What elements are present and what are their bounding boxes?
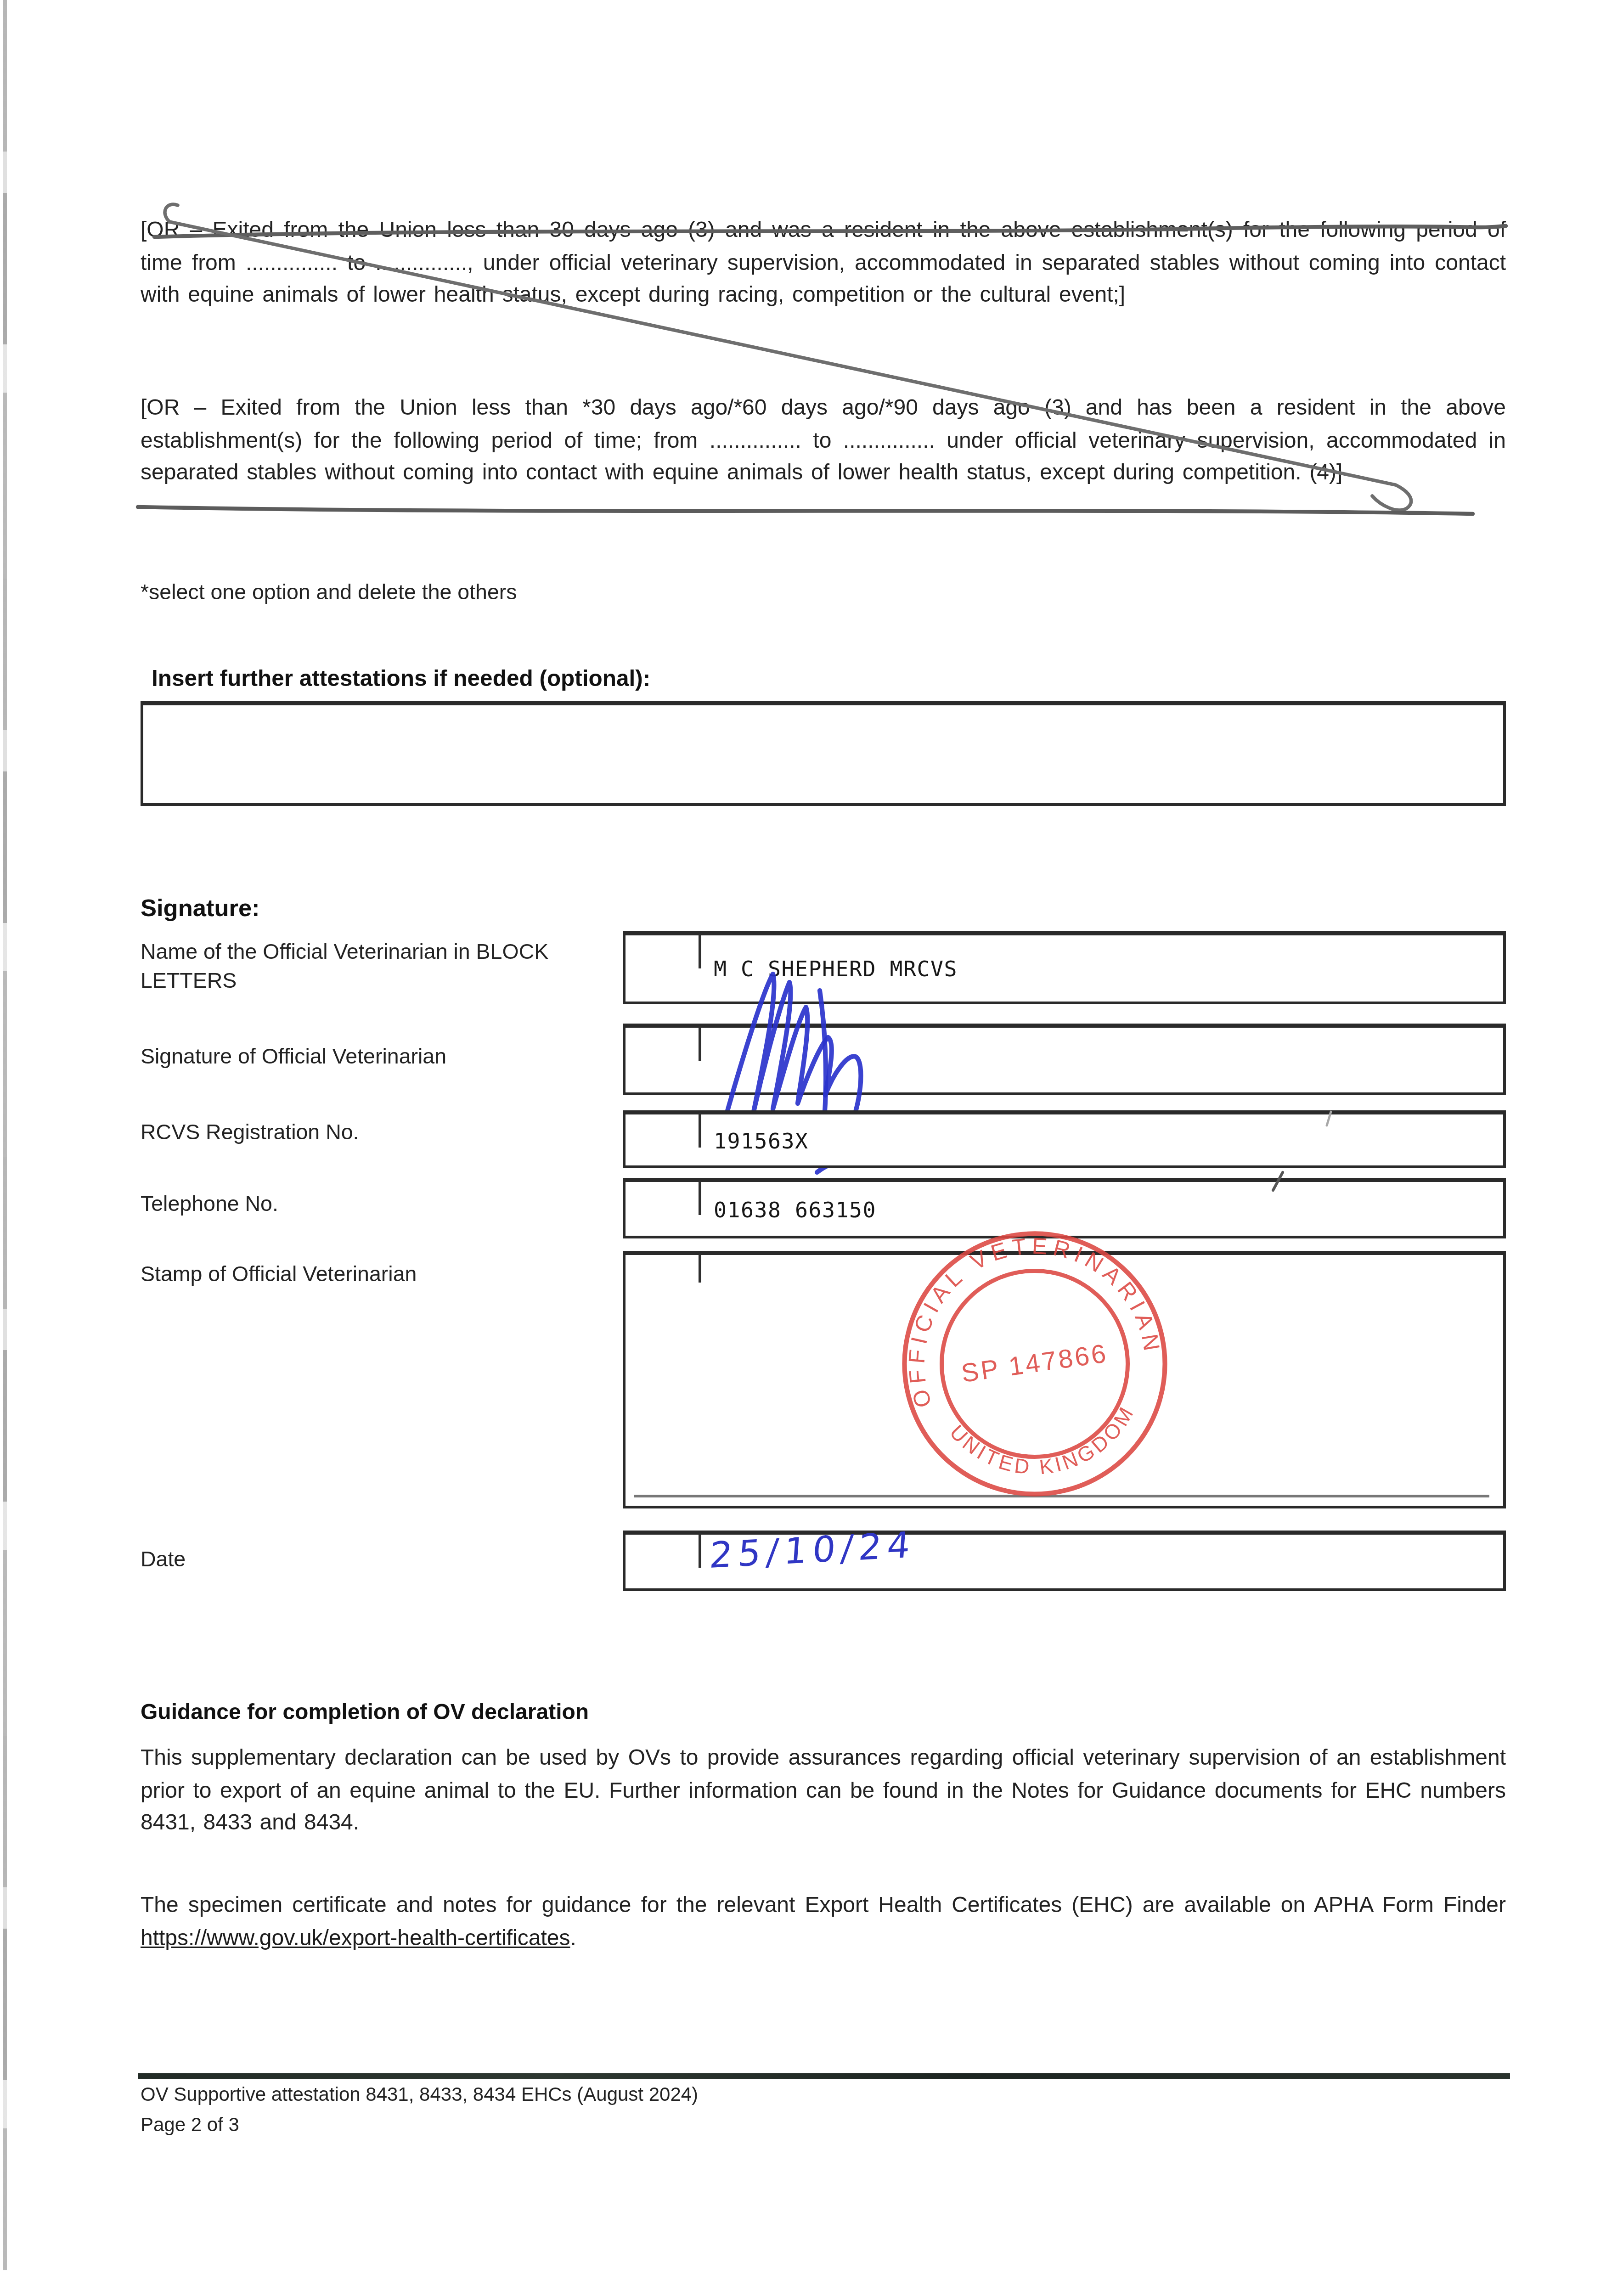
stamp-arc-bottom-text: UNITED KINGDOM: [943, 1399, 1145, 1488]
tick-mark: [699, 1533, 701, 1568]
footer-document-title: OV Supportive attestation 8431, 8433, 84…: [141, 2083, 698, 2105]
telephone-value: 01638 663150: [714, 1198, 876, 1222]
attestations-heading: Insert further attestations if needed (o…: [152, 667, 650, 693]
option2-paragraph: [OR – Exited from the Union less than *3…: [141, 393, 1506, 490]
date-label: Date: [141, 1546, 595, 1575]
option1-paragraph: [OR – Exited from the Union less than 30…: [141, 215, 1506, 312]
select-option-note: *select one option and delete the others: [141, 581, 517, 606]
stamp-code-text: SP 147866: [959, 1339, 1110, 1388]
attestations-box: [141, 701, 1506, 806]
rcvs-label: RCVS Registration No.: [141, 1119, 595, 1148]
rcvs-box: 191563X: [623, 1110, 1506, 1168]
footer-rule: [138, 2073, 1510, 2079]
name-label: Name of the Official Veterinarian in BLO…: [141, 938, 595, 996]
signature-heading: Signature:: [141, 894, 260, 923]
date-handwritten-value: 25/10/24: [708, 1525, 917, 1577]
scanner-edge-artifact: [3, 0, 7, 2270]
official-veterinarian-stamp: OFFICIAL VETERINARIAN UNITED KINGDOM SP …: [890, 1219, 1179, 1508]
footer-page-number: Page 2 of 3: [141, 2113, 239, 2135]
stamp-label: Stamp of Official Veterinarian: [141, 1261, 595, 1289]
tick-mark: [699, 1113, 701, 1148]
scanned-document-page: [OR – Exited from the Union less than 30…: [0, 0, 1623, 2296]
signature-label: Signature of Official Veterinarian: [141, 1043, 637, 1072]
export-health-certificates-link[interactable]: https://www.gov.uk/export-health-certifi…: [141, 1927, 570, 1950]
guidance-heading: Guidance for completion of OV declaratio…: [141, 1701, 589, 1726]
specimen-paragraph: The specimen certificate and notes for g…: [141, 1890, 1506, 1955]
strike-line-option2: [138, 507, 1473, 514]
rcvs-value: 191563X: [714, 1129, 808, 1154]
guidance-body: This supplementary declaration can be us…: [141, 1743, 1506, 1840]
tick-mark: [699, 1181, 701, 1215]
specimen-text: The specimen certificate and notes for g…: [141, 1894, 1506, 1918]
svg-text:UNITED KINGDOM: UNITED KINGDOM: [943, 1399, 1145, 1488]
tick-mark: [699, 1254, 701, 1283]
specimen-text-after: .: [570, 1927, 576, 1950]
telephone-label: Telephone No.: [141, 1190, 595, 1219]
date-box: 25/10/24: [623, 1531, 1506, 1591]
